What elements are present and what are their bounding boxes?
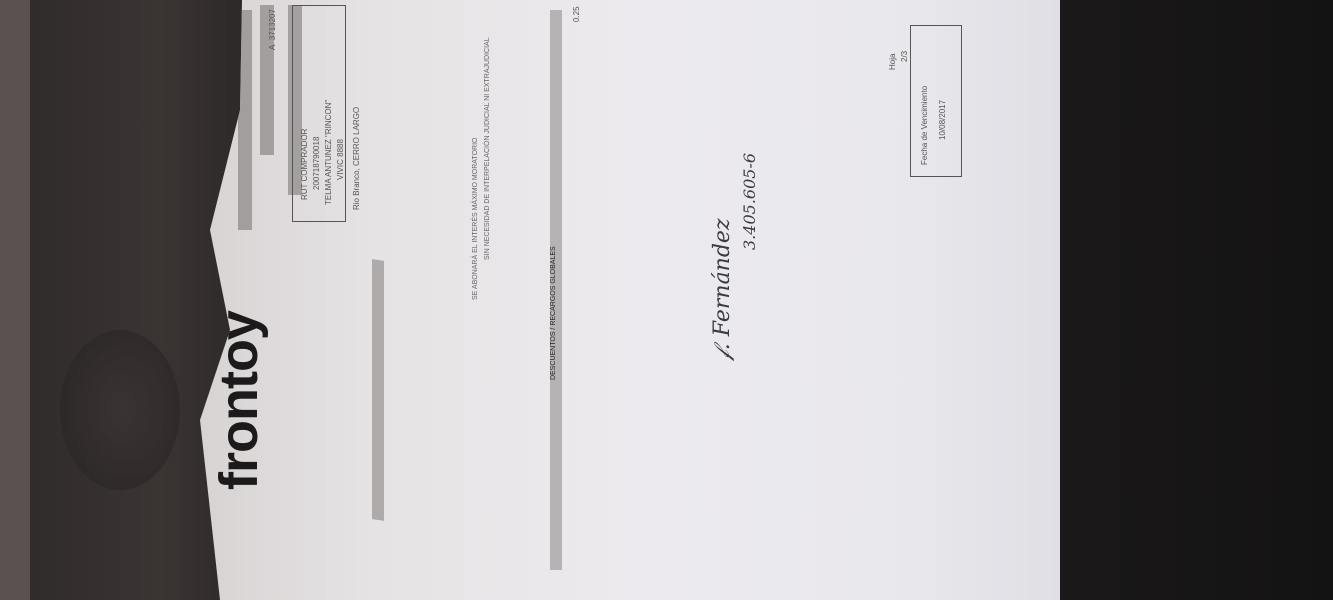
legal-text-2: SIN NECESIDAD DE INTERPELACIÓN JUDICIAL … [484,37,491,260]
frontoy-logo: frontoy [208,311,270,490]
buyer-address: VIVIC 8888 [336,139,345,180]
invoice-paper: A 3713207 RUT COMPRADOR 200718790018 TEL… [200,0,1060,600]
discount-label: DESCUENTOS / RECARGOS GLOBALES [550,246,557,380]
table-header-bar [372,259,384,521]
header-bar-1 [238,10,252,230]
buyer-city: Rio Branco, CERRO LARGO [352,107,361,210]
discount-value: 0.25 [572,6,581,22]
page-value: 2/3 [900,51,909,62]
handwritten-id: 3.405.605-6 [740,153,759,250]
background-object [60,330,180,490]
handwritten-signature: 𝒻. Fernández [710,218,735,360]
page-label: Hoja [888,54,897,70]
legal-text-1: SE ABONARÁ EL INTERÉS MÁXIMO MORATORIO [472,138,479,300]
header-values: A 3713207 [268,9,277,50]
due-date-box [910,25,962,177]
table-edge [0,0,30,600]
buyer-name: TELMA ANTUNEZ "RINCON" [324,100,333,205]
due-date-label: Fecha de Vencimiento [920,86,929,165]
due-date-value: 10/08/2017 [938,100,947,140]
buyer-rut-label: RUT COMPRADOR [300,129,309,200]
buyer-rut: 200718790018 [312,137,321,190]
